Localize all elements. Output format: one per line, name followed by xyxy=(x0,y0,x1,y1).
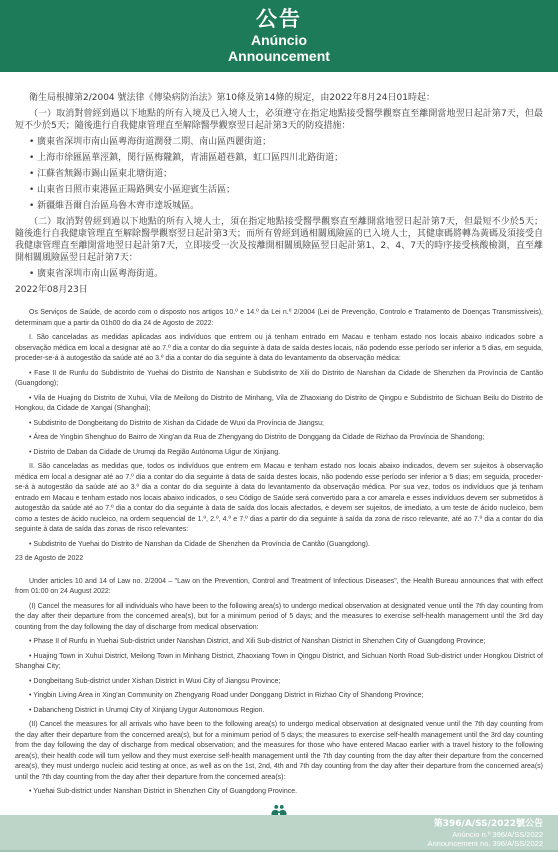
pt-item1-bullet: Distrito de Daban da Cidade de Urumqi da… xyxy=(15,448,543,459)
announcement-page: 公告 Anúncio Announcement 衛生局根據第2/2004 號法律… xyxy=(0,0,558,852)
announcement-ref-english: Announcement no. 396/A/SS/2022 xyxy=(0,839,543,848)
announcement-header: 公告 Anúncio Announcement xyxy=(0,0,558,72)
pt-item1-bullet: Área de Yingbin Shenghuo do Bairro de Xi… xyxy=(15,433,543,444)
zh-item1-paragraph: （一）取消對曾經到過以下地點的所有入境及已入境人士，必須遵守在指定地點接受醫學觀… xyxy=(15,108,543,132)
en-item1-bullet: Dabancheng District in Urumqi City of Xi… xyxy=(15,706,543,717)
zh-item1-bullet: 新疆維吾爾自治區烏魯木齊市達坂城區。 xyxy=(15,200,543,212)
pt-item1-paragraph: I. São canceladas as medidas aplicadas a… xyxy=(15,333,543,365)
en-item1-bullet: Phase II of Runfu in Yuehai Sub-district… xyxy=(15,637,543,648)
zh-item2-paragraph: （二）取消對曾經到過以下地點的所有入境人士，須在指定地點接受醫學觀察直至離開當地… xyxy=(15,216,543,264)
section-chinese: 衛生局根據第2/2004 號法律《傳染病防治法》第10條及第14條的規定，由20… xyxy=(15,92,543,296)
pt-item1-bullet: Vila de Huajing do Distrito de Xuhui, Vi… xyxy=(15,394,543,415)
pt-item2-paragraph: II. São canceladas as medidas que, todos… xyxy=(15,462,543,536)
title-portuguese: Anúncio xyxy=(0,32,558,48)
pt-item1-bullet: Fase II de Runfu do Subdistrito de Yueha… xyxy=(15,369,543,390)
zh-item1-bullet: 山東省日照市東港區正陽路興安小區迎賓生活區； xyxy=(15,184,543,196)
announcement-body: 衛生局根據第2/2004 號法律《傳染病防治法》第10條及第14條的規定，由20… xyxy=(0,72,558,848)
en-intro-paragraph: Under articles 10 and 14 of Law no. 2/20… xyxy=(15,577,543,598)
zh-item2-bullet: 廣東省深圳市南山區粵海街道。 xyxy=(15,268,543,280)
zh-item1-bullet: 江蘇省無錫市錫山區東北塘街道； xyxy=(15,168,543,180)
en-item2-paragraph: (II) Cancel the measures for all arrival… xyxy=(15,720,543,783)
en-item1-bullet: Yingbin Living Area in Xing'an Community… xyxy=(15,691,543,702)
pt-date: 23 de Agosto de 2022 xyxy=(15,554,543,565)
zh-date: 2022年08月23日 xyxy=(15,284,543,296)
zh-item1-bullet: 上海市徐匯區華涇鎮，閔行區梅隴鎮，青浦區趙巷鎮，虹口區四川北路街道； xyxy=(15,152,543,164)
announcement-ref-chinese: 第396/A/SS/2022號公告 xyxy=(0,819,543,830)
announcement-footer: 第396/A/SS/2022號公告 Anúncio n.º 396/A/SS/2… xyxy=(0,815,558,852)
title-chinese: 公告 xyxy=(0,7,558,32)
en-item1-bullet: Dongbeitang Sub-district under Xishan Di… xyxy=(15,677,543,688)
zh-item1-bullet: 廣東省深圳市南山區粵海街道潤發二期、南山區西麗街道； xyxy=(15,136,543,148)
zh-intro-paragraph: 衛生局根據第2/2004 號法律《傳染病防治法》第10條及第14條的規定，由20… xyxy=(15,92,543,104)
title-english: Announcement xyxy=(0,48,558,64)
pt-item2-bullet: Subdistrito de Yuehai do Distrito de Nan… xyxy=(15,540,543,551)
section-english: Under articles 10 and 14 of Law no. 2/20… xyxy=(15,577,543,798)
section-portuguese: Os Serviços de Saúde, de acordo com o di… xyxy=(15,308,543,565)
en-item1-bullet: Huajing Town in Xuhui District, Meilong … xyxy=(15,652,543,673)
pt-item1-bullet: Subdistrito de Dongbeitang do Distrito d… xyxy=(15,419,543,430)
en-item2-bullet: Yuehai Sub-district under Nanshan Distri… xyxy=(15,787,543,798)
announcement-ref-portuguese: Anúncio n.º 396/A/SS/2022 xyxy=(0,830,543,839)
en-item1-paragraph: (I) Cancel the measures for all individu… xyxy=(15,602,543,634)
pt-intro-paragraph: Os Serviços de Saúde, de acordo com o di… xyxy=(15,308,543,329)
